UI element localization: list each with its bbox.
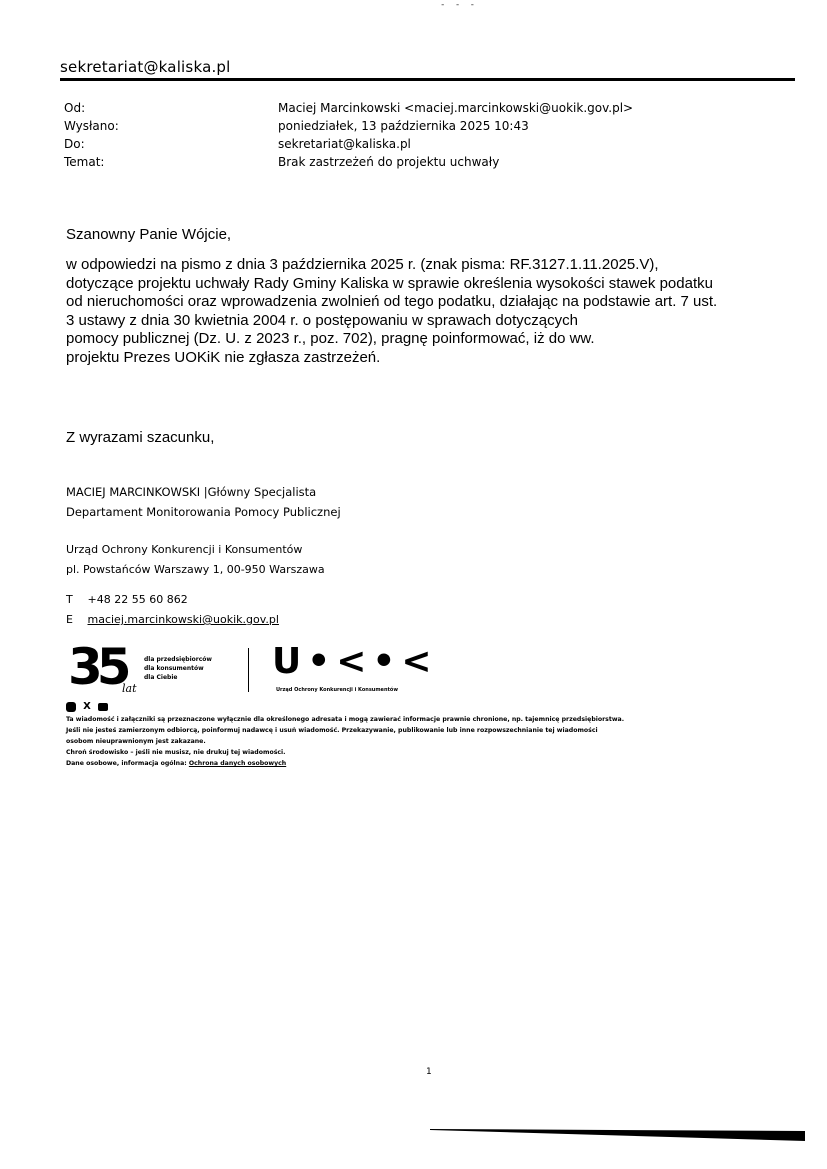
- uokik-logo: U•<•<: [272, 640, 438, 684]
- data-protection-link[interactable]: Ochrona danych osobowych: [189, 760, 286, 767]
- email-headers: Od: Maciej Marcinkowski <maciej.marcinko…: [64, 99, 764, 171]
- paragraph-line: w odpowiedzi na pismo z dnia 3 październ…: [66, 256, 806, 275]
- paragraph-line: od nieruchomości oraz wprowadzenia zwoln…: [66, 293, 806, 312]
- page-number: 1: [426, 1067, 432, 1077]
- anniversary-logo: 35 lat: [66, 644, 146, 700]
- x-icon[interactable]: X: [82, 702, 92, 712]
- email-row: E maciej.marcinkowski@uokik.gov.pl: [66, 610, 279, 630]
- mailbox-title: sekretariat@kaliska.pl: [60, 58, 231, 76]
- uokik-logo-subtitle: Urząd Ochrony Konkurencji i Konsumentów: [276, 687, 398, 693]
- youtube-icon[interactable]: [98, 703, 108, 711]
- office-address: pl. Powstańców Warszawy 1, 00-950 Warsza…: [66, 560, 325, 580]
- header-label: Temat:: [64, 153, 278, 171]
- anniversary-number: 35: [68, 638, 126, 696]
- data-protection-row: Dane osobowe, informacja ogólna: Ochrona…: [66, 758, 766, 769]
- greeting: Szanowny Panie Wójcie,: [66, 226, 231, 245]
- paragraph-line: dotyczące projektu uchwały Rady Gminy Ka…: [66, 275, 806, 294]
- disclaimer: Ta wiadomość i załączniki są przeznaczon…: [66, 714, 766, 769]
- disclaimer-line: osobom nieuprawnionym jest zakazane.: [66, 736, 766, 747]
- instagram-icon[interactable]: [66, 702, 76, 712]
- anniversary-suffix: lat: [122, 682, 137, 695]
- disclaimer-line: Chroń środowisko – jeśli nie musisz, nie…: [66, 747, 766, 758]
- header-label: Do:: [64, 135, 278, 153]
- signature-name: MACIEJ MARCINKOWSKI |Główny Specjalista: [66, 482, 341, 502]
- header-row-sent: Wysłano: poniedziałek, 13 października 2…: [64, 117, 764, 135]
- signature-contact: T +48 22 55 60 862 E maciej.marcinkowski…: [66, 590, 279, 630]
- email-link[interactable]: maciej.marcinkowski@uokik.gov.pl: [88, 613, 279, 626]
- tagline-line: dla przedsiębiorców: [144, 655, 212, 664]
- signature-block: MACIEJ MARCINKOWSKI |Główny Specjalista …: [66, 482, 341, 522]
- phone-label: T: [66, 590, 84, 610]
- disclaimer-line: Jeśli nie jesteś zamierzonym odbiorcą, p…: [66, 725, 766, 736]
- paragraph-line: 3 ustawy z dnia 30 kwietnia 2004 r. o po…: [66, 312, 806, 331]
- logo-divider: [248, 648, 249, 692]
- footer-rule: [430, 1127, 805, 1141]
- office-name: Urząd Ochrony Konkurencji i Konsumentów: [66, 540, 325, 560]
- header-value-from: Maciej Marcinkowski <maciej.marcinkowski…: [278, 99, 633, 117]
- closing: Z wyrazami szacunku,: [66, 429, 214, 448]
- signature-department: Departament Monitorowania Pomocy Publicz…: [66, 502, 341, 522]
- header-value-subject: Brak zastrzeżeń do projektu uchwały: [278, 153, 499, 171]
- body-paragraph: w odpowiedzi na pismo z dnia 3 październ…: [66, 256, 806, 367]
- data-protection-label: Dane osobowe, informacja ogólna:: [66, 760, 189, 767]
- header-value-sent: poniedziałek, 13 października 2025 10:43: [278, 117, 529, 135]
- header-divider: [60, 78, 795, 81]
- social-links: X: [66, 702, 108, 712]
- header-row-to: Do: sekretariat@kaliska.pl: [64, 135, 764, 153]
- signature-office: Urząd Ochrony Konkurencji i Konsumentów …: [66, 540, 325, 580]
- email-label: E: [66, 610, 84, 630]
- header-row-subject: Temat: Brak zastrzeżeń do projektu uchwa…: [64, 153, 764, 171]
- scan-marks: - - -: [440, 0, 477, 10]
- header-label: Od:: [64, 99, 278, 117]
- tagline-line: dla Ciebie: [144, 673, 212, 682]
- tagline-line: dla konsumentów: [144, 664, 212, 673]
- header-row-from: Od: Maciej Marcinkowski <maciej.marcinko…: [64, 99, 764, 117]
- paragraph-line: pomocy publicznej (Dz. U. z 2023 r., poz…: [66, 330, 806, 349]
- paragraph-line: projektu Prezes UOKiK nie zgłasza zastrz…: [66, 349, 806, 368]
- tagline: dla przedsiębiorców dla konsumentów dla …: [144, 655, 212, 682]
- header-label: Wysłano:: [64, 117, 278, 135]
- phone-number: +48 22 55 60 862: [88, 593, 188, 606]
- disclaimer-line: Ta wiadomość i załączniki są przeznaczon…: [66, 714, 766, 725]
- header-value-to: sekretariat@kaliska.pl: [278, 135, 411, 153]
- phone-row: T +48 22 55 60 862: [66, 590, 279, 610]
